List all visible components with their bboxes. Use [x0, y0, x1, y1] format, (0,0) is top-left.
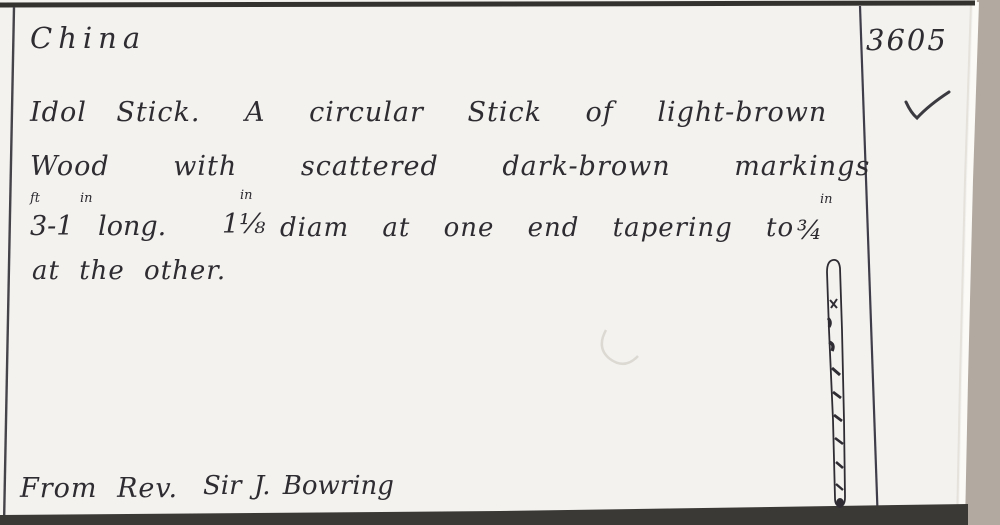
inch-unit-superscript-2: in	[240, 189, 253, 202]
top-rule-line	[0, 3, 975, 5]
taper-value: ¾	[797, 218, 822, 244]
catalogue-number: 3605	[866, 26, 948, 55]
feet-unit-superscript: ft	[30, 192, 40, 205]
paper-crease-mark	[602, 330, 638, 364]
left-rule-line	[4, 7, 14, 525]
bottom-rule-band	[0, 504, 968, 525]
column-divider-line	[860, 6, 878, 525]
provenance-from-label: From Rev.	[20, 475, 178, 502]
object-title: Idol Stick.	[30, 99, 200, 126]
length-measurement: 3-1 long.	[30, 213, 166, 240]
inch-unit-superscript-3: in	[820, 193, 833, 206]
diameter-description: diam at one end tapering to	[280, 215, 794, 241]
description-line2: Wood with scattered dark-brown markings	[30, 153, 870, 180]
checkmark-icon	[906, 92, 949, 118]
register-card-scan: China 3605 Idol Stick. A circular Stick …	[0, 0, 1000, 525]
description-line1: A circular Stick of light-brown	[245, 99, 827, 126]
diameter-value: 1⅛	[222, 211, 265, 238]
inch-unit-superscript-1: in	[80, 192, 93, 205]
provenance-donor-name: Sir J. Bowring	[203, 473, 394, 499]
idol-stick-sketch-icon	[827, 260, 845, 508]
country-heading: China	[30, 24, 146, 53]
description-line4: at the other.	[32, 258, 226, 284]
